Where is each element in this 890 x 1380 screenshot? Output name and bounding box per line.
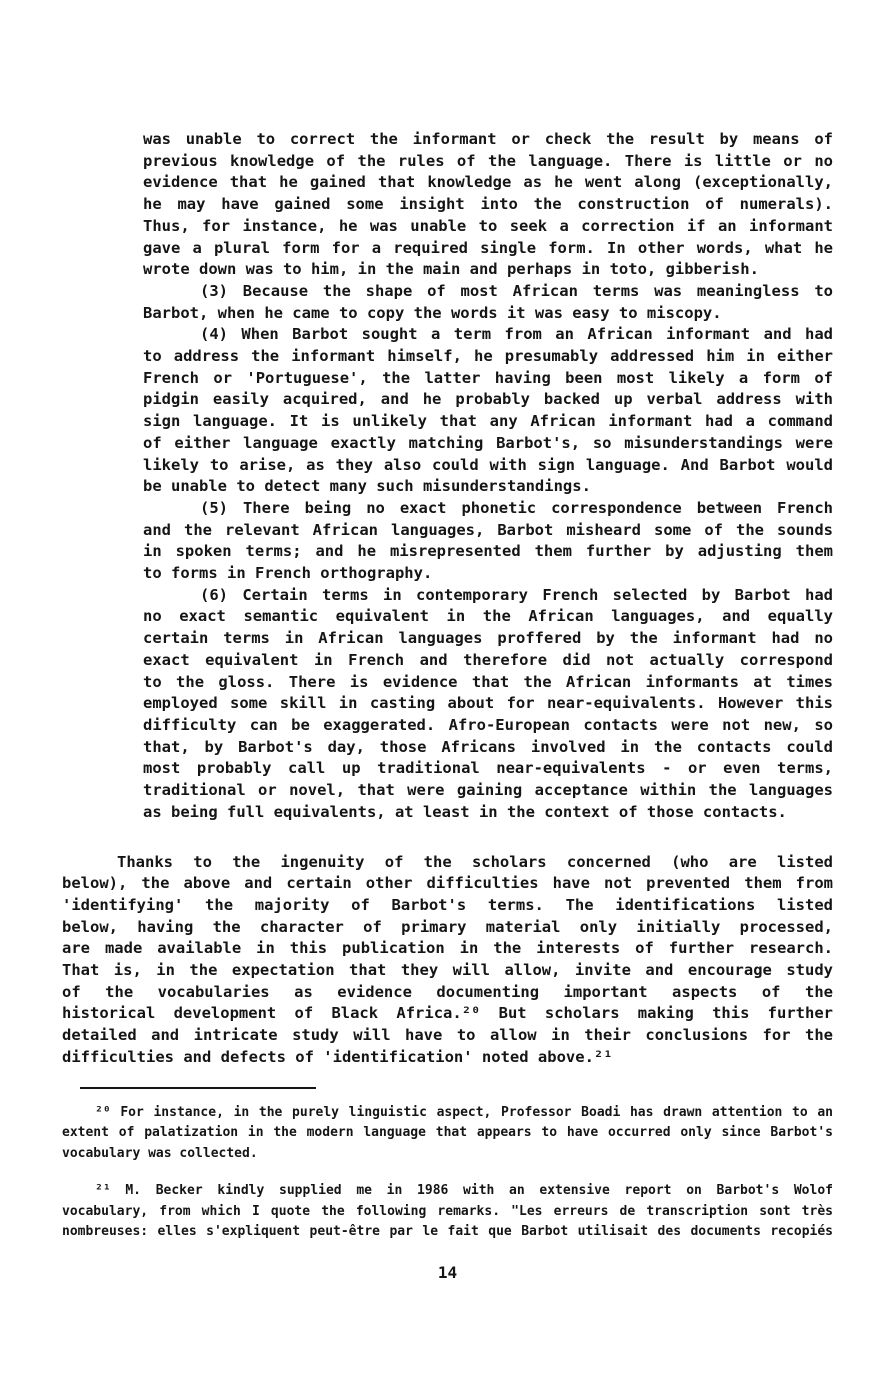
footnote-separator (80, 1087, 316, 1089)
paragraph: ²⁰ For instance, in the purely linguisti… (62, 1103, 833, 1165)
text-line: vocabulary was collected. (62, 1144, 833, 1165)
text-line: difficulties and defects of 'identificat… (62, 1047, 833, 1069)
text-line: (6) Certain terms in contemporary French… (143, 585, 833, 607)
text-line: and the relevant African languages, Barb… (143, 520, 833, 542)
text-line: to forms in French orthography. (143, 563, 833, 585)
document-page: was unable to correct the informant or c… (0, 0, 890, 1380)
text-line: French or 'Portuguese', the latter havin… (143, 368, 833, 390)
text-line: traditional or novel, that were gaining … (143, 780, 833, 802)
text-line: difficulty can be exaggerated. Afro-Euro… (143, 715, 833, 737)
paragraph: (6) Certain terms in contemporary French… (143, 585, 833, 824)
text-line: below, having the character of primary m… (62, 917, 833, 939)
text-line: of the vocabularies as evidence document… (62, 982, 833, 1004)
paragraph: ²¹ M. Becker kindly supplied me in 1986 … (62, 1181, 833, 1243)
text-line: sign language. It is unlikely that any A… (143, 411, 833, 433)
text-line: that, by Barbot's day, those Africans in… (143, 737, 833, 759)
paragraph: (3) Because the shape of most African te… (143, 281, 833, 324)
text-line: pidgin easily acquired, and he probably … (143, 389, 833, 411)
text-line: exact equivalent in French and therefore… (143, 650, 833, 672)
body-paragraphs: Thanks to the ingenuity of the scholars … (62, 852, 833, 1069)
text-line: wrote down was to him, in the main and p… (143, 259, 833, 281)
text-line: are made available in this publication i… (62, 938, 833, 960)
text-line: (4) When Barbot sought a term from an Af… (143, 324, 833, 346)
paragraph: was unable to correct the informant or c… (143, 129, 833, 281)
text-line: certain terms in African languages proff… (143, 628, 833, 650)
text-line: likely to arise, as they also could with… (143, 455, 833, 477)
text-line: (3) Because the shape of most African te… (143, 281, 833, 303)
paragraph: (5) There being no exact phonetic corres… (143, 498, 833, 585)
text-line: below), the above and certain other diff… (62, 873, 833, 895)
text-line: detailed and intricate study will have t… (62, 1025, 833, 1047)
text-line: nombreuses: elles s'expliquent peut-être… (62, 1222, 833, 1243)
text-line: to the gloss. There is evidence that the… (143, 672, 833, 694)
text-line: he may have gained some insight into the… (143, 194, 833, 216)
text-line: previous knowledge of the rules of the l… (143, 151, 833, 173)
text-line: extent of palatization in the modern lan… (62, 1123, 833, 1144)
paragraph: Thanks to the ingenuity of the scholars … (62, 852, 833, 1069)
text-line: of either language exactly matching Barb… (143, 433, 833, 455)
text-line: Barbot, when he came to copy the words i… (143, 303, 833, 325)
text-line: in spoken terms; and he misrepresented t… (143, 541, 833, 563)
text-line: Thus, for instance, he was unable to see… (143, 216, 833, 238)
text-line: gave a plural form for a required single… (143, 238, 833, 260)
text-line: to address the informant himself, he pre… (143, 346, 833, 368)
text-line: (5) There being no exact phonetic corres… (143, 498, 833, 520)
text-line: ²¹ M. Becker kindly supplied me in 1986 … (62, 1181, 833, 1202)
text-line: 'identifying' the majority of Barbot's t… (62, 895, 833, 917)
footnotes-block: ²⁰ For instance, in the purely linguisti… (62, 1103, 833, 1243)
page-number: 14 (62, 1263, 833, 1282)
text-line: evidence that he gained that knowledge a… (143, 172, 833, 194)
text-line: was unable to correct the informant or c… (143, 129, 833, 151)
text-line: be unable to detect many such misunderst… (143, 476, 833, 498)
text-line: most probably call up traditional near-e… (143, 758, 833, 780)
text-line: That is, in the expectation that they wi… (62, 960, 833, 982)
paragraph: (4) When Barbot sought a term from an Af… (143, 324, 833, 498)
text-line: vocabulary, from which I quote the follo… (62, 1202, 833, 1223)
numbered-difficulties-block: was unable to correct the informant or c… (143, 129, 833, 824)
text-line: ²⁰ For instance, in the purely linguisti… (62, 1103, 833, 1124)
text-line: no exact semantic equivalent in the Afri… (143, 606, 833, 628)
text-line: employed some skill in casting about for… (143, 693, 833, 715)
text-line: as being full equivalents, at least in t… (143, 802, 833, 824)
text-line: Thanks to the ingenuity of the scholars … (62, 852, 833, 874)
text-line: historical development of Black Africa.²… (62, 1003, 833, 1025)
